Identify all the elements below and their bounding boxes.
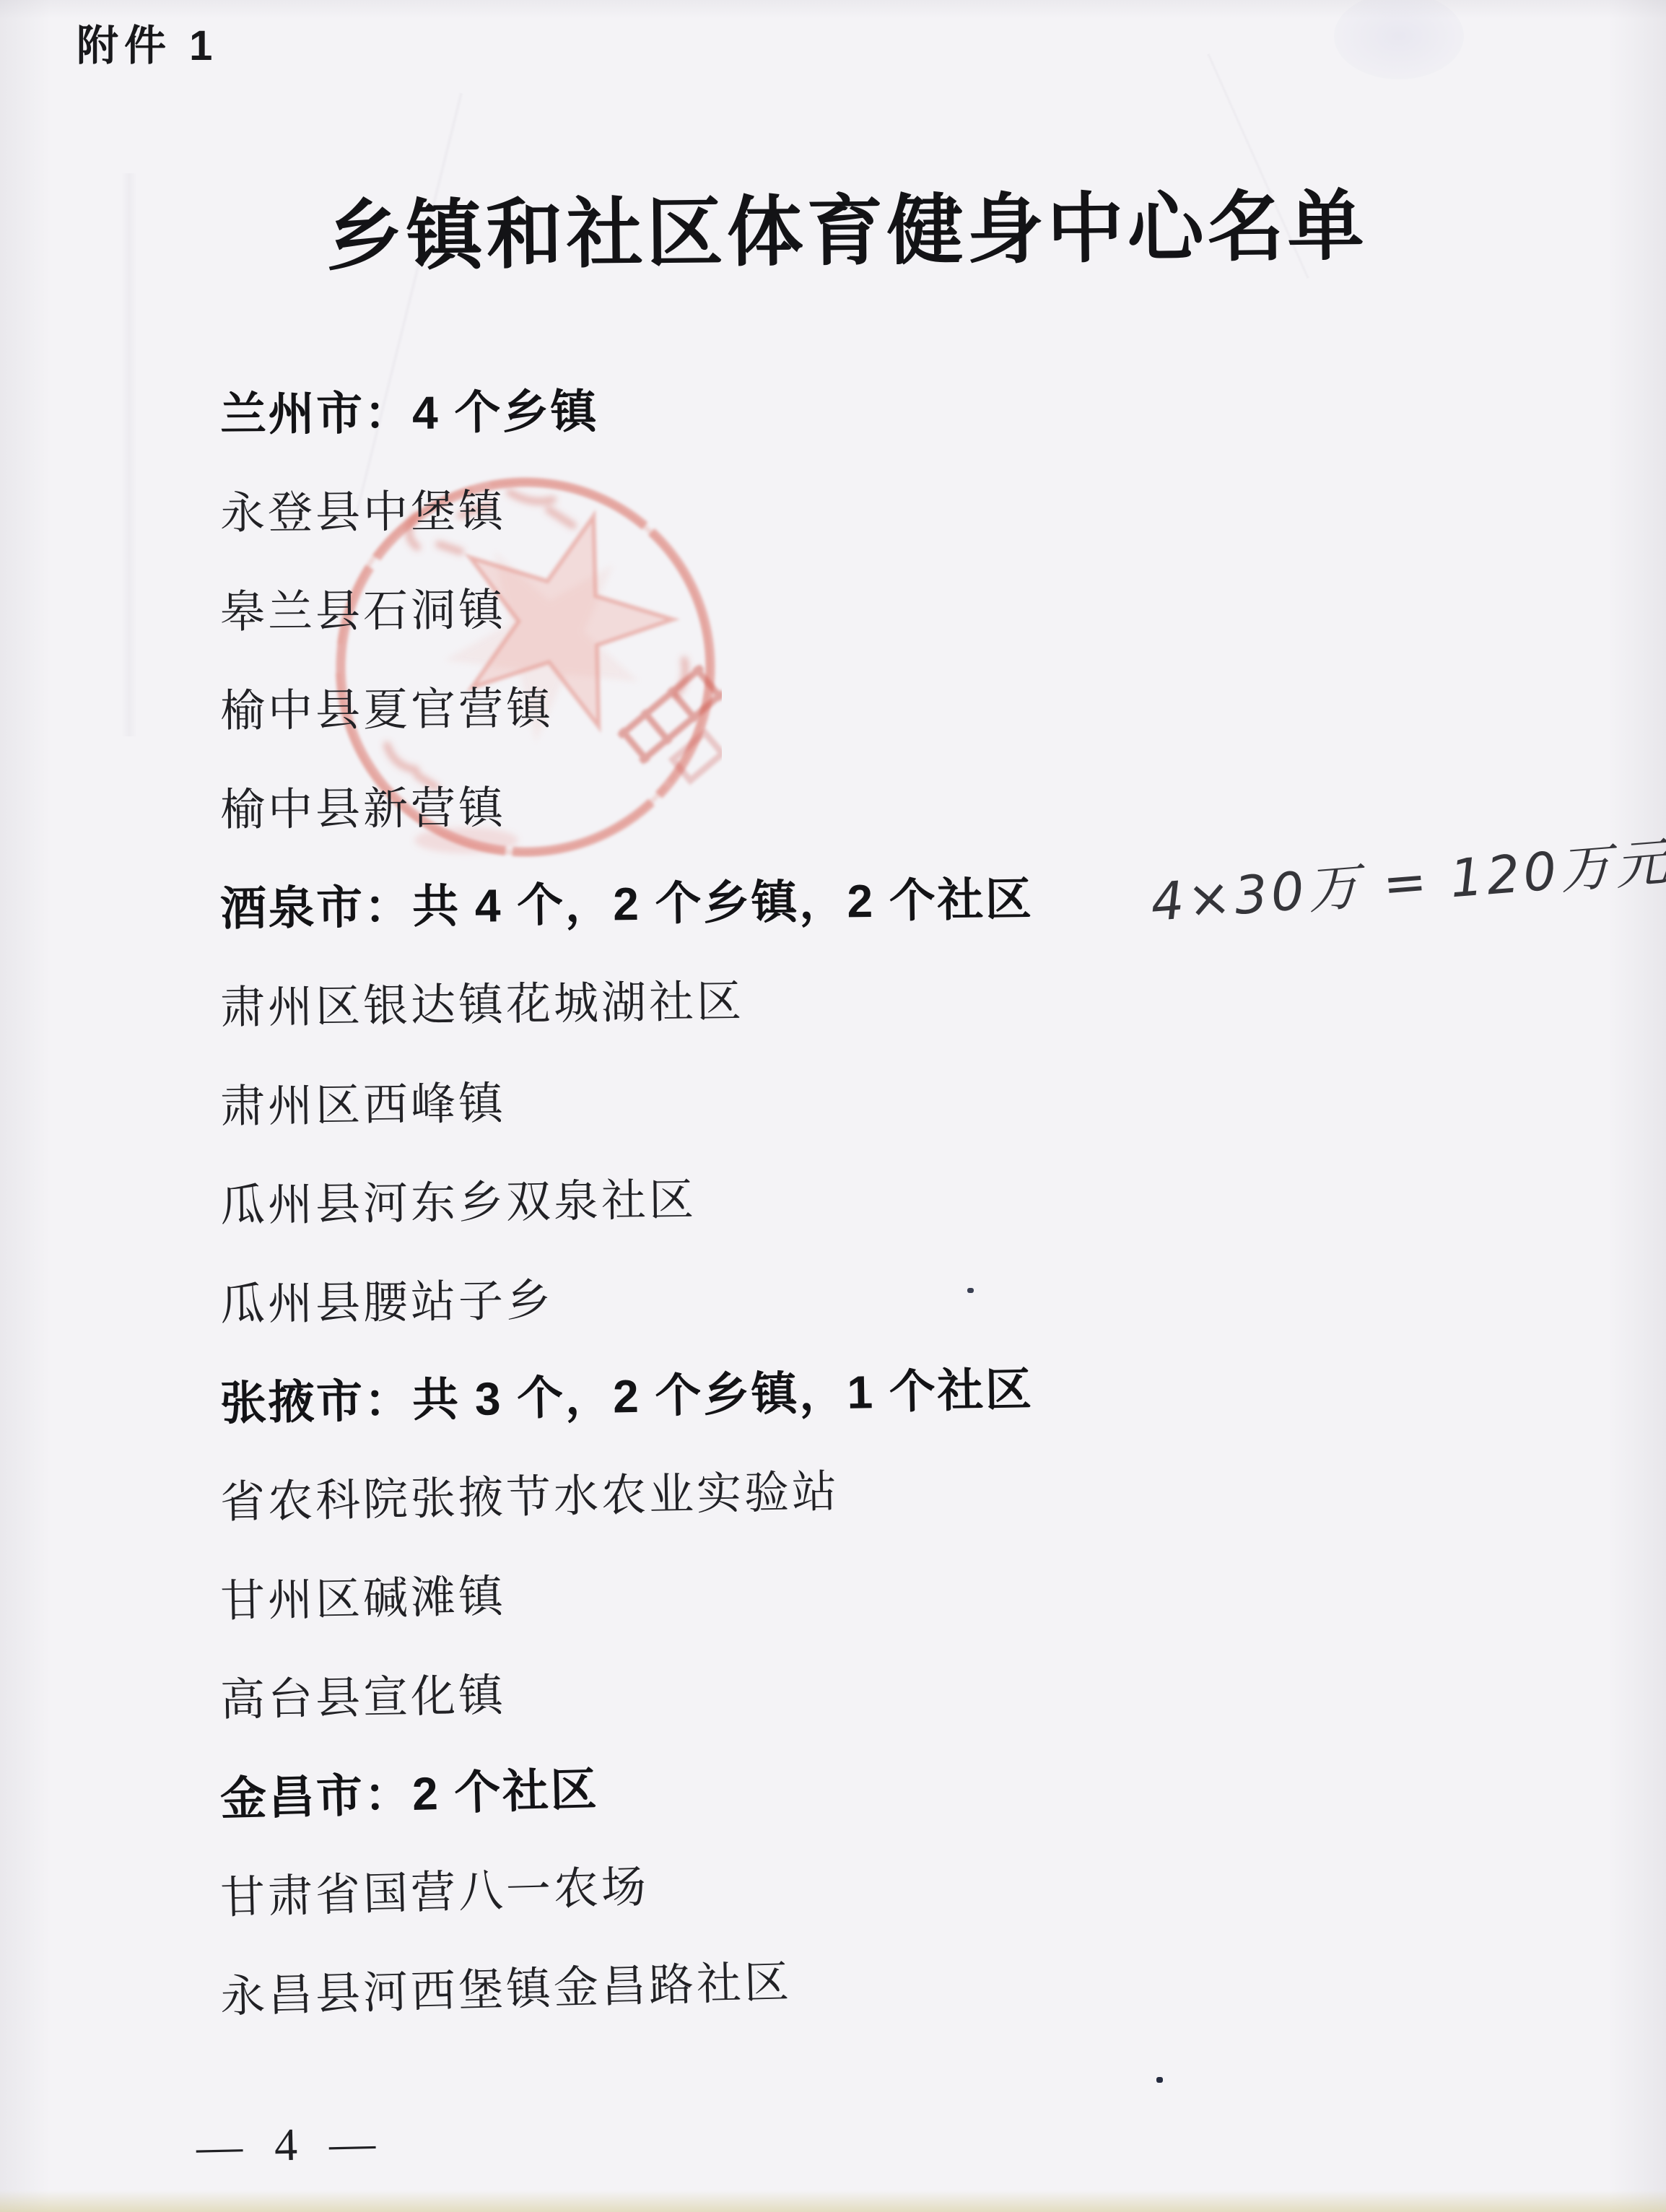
list-item: 永登县中堡镇 bbox=[219, 449, 1563, 559]
paper-shadow-right bbox=[1608, 0, 1666, 2212]
list-item: 肃州区西峰镇 bbox=[219, 1037, 1563, 1152]
list-item: 榆中县新营镇 bbox=[219, 746, 1563, 855]
ink-speck bbox=[1156, 2077, 1163, 2083]
paper-edge-tint bbox=[0, 2190, 1666, 2212]
section-header-lanzhou: 兰州市：4 个乡镇 bbox=[219, 350, 1563, 460]
ink-speck bbox=[967, 1288, 974, 1293]
page-number: — 4 — bbox=[196, 2116, 386, 2174]
scanned-document-page: 附件 1 乡镇和社区体育健身中心名单 兰州市：4 个乡镇 永登县中堡镇 皋兰县石… bbox=[0, 0, 1666, 2212]
list-item: 榆中县夏官营镇 bbox=[219, 647, 1563, 757]
paper-shadow-top bbox=[0, 0, 1666, 19]
paper-shadow-left bbox=[0, 0, 51, 2212]
attachment-label: 附件 1 bbox=[77, 12, 218, 72]
list-item: 肃州区银达镇花城湖社区 bbox=[219, 938, 1563, 1053]
scan-smudge bbox=[1334, 0, 1464, 79]
list-item: 皋兰县石洞镇 bbox=[219, 548, 1563, 658]
center-list: 兰州市：4 个乡镇 永登县中堡镇 皋兰县石洞镇 榆中县夏官营镇 榆中县新营镇 酒… bbox=[220, 361, 1563, 2042]
list-item: 瓜州县河东乡双泉社区 bbox=[219, 1136, 1563, 1251]
document-title: 乡镇和社区体育健身中心名单 bbox=[0, 162, 1666, 289]
